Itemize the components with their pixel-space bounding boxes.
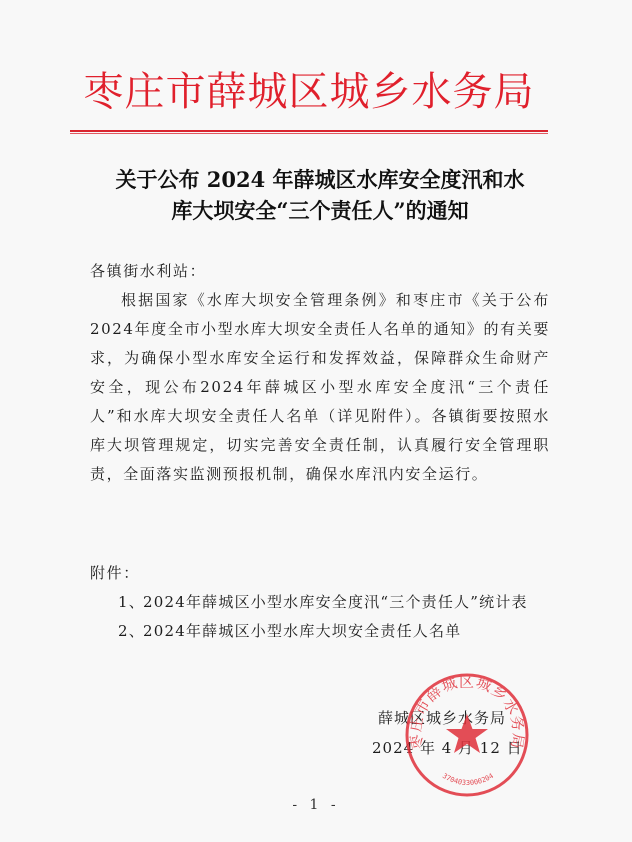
rule-thick-line — [70, 130, 548, 132]
letterhead-org-name: 枣庄市薛城区城乡水务局 — [70, 60, 548, 124]
attachment-item-2: 2、 2024年薛城区小型水库大坝安全责任人名单 — [118, 617, 548, 646]
attachments-label: 附件： — [90, 559, 550, 588]
attachment-item-1: 1、 2024年薛城区小型水库安全度汛“三个责任人”统计表 — [118, 588, 548, 617]
attachment-number: 2、 — [118, 617, 145, 646]
svg-text:3704033000204: 3704033000204 — [441, 772, 495, 787]
document-page: 枣庄市薛城区城乡水务局 关于公布 2024 年薛城区水库安全度汛和水 库大坝安全… — [0, 0, 632, 842]
title-line-2: 库大坝安全“三个责任人”的通知 — [80, 195, 560, 226]
salutation: 各镇街水利站： — [90, 257, 550, 286]
official-seal-stamp-icon: 枣庄市薛城区城乡水务局 3704033000204 — [404, 672, 530, 798]
body-paragraph: 根据国家《水库大坝安全管理条例》和枣庄市《关于公布2024年度全市小型水库大坝安… — [90, 286, 550, 489]
attachment-text: 2024年薛城区小型水库大坝安全责任人名单 — [143, 622, 461, 640]
rule-thin-line — [70, 133, 548, 134]
attachment-text: 2024年薛城区小型水库安全度汛“三个责任人”统计表 — [143, 593, 528, 611]
title-line-1: 关于公布 2024 年薛城区水库安全度汛和水 — [80, 164, 560, 195]
stamp-code-text: 3704033000204 — [441, 772, 495, 787]
letterhead-red-rule — [70, 130, 548, 134]
document-title: 关于公布 2024 年薛城区水库安全度汛和水 库大坝安全“三个责任人”的通知 — [80, 164, 560, 226]
page-number: - 1 - — [0, 797, 632, 813]
attachment-number: 1、 — [118, 588, 145, 617]
attachments-list: 1、 2024年薛城区小型水库安全度汛“三个责任人”统计表 2、 2024年薛城… — [118, 588, 548, 646]
